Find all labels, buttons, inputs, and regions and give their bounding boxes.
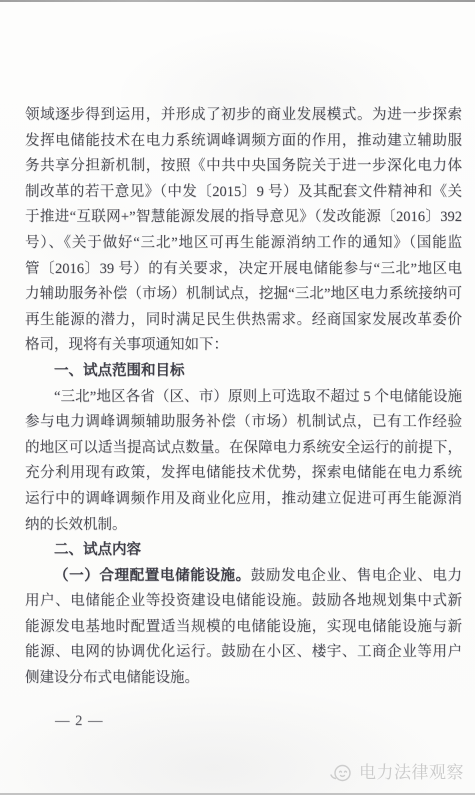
doc-line: 发挥电储能技术在电力系统调峰调频方面的作用，推动建立辅助服 — [25, 129, 462, 155]
doc-line: 格司，现将有关事项通知如下： — [25, 333, 462, 359]
watermark: 电力法律观察 — [329, 762, 464, 784]
doc-line: 参与电力调峰调频辅助服务补偿（市场）机制试点，已有工作经验 — [25, 410, 462, 436]
doc-line: 纳的长效机制。 — [25, 513, 462, 539]
doc-line: 领域逐步得到运用，并形成了初步的商业发展模式。为进一步探索 — [25, 103, 462, 129]
doc-line: “三北”地区各省（区、市）原则上可选取不超过 5 个电储能设施 — [25, 385, 462, 411]
doc-line: 能源发电基地时配置适当规模的电储能设施，实现电储能设施与新 — [25, 615, 462, 641]
doc-line: 运行中的调峰调频作用及商业化应用，推动建立促进可再生能源消 — [25, 487, 462, 513]
doc-line: 务共享分担新机制，按照《中共中央国务院关于进一步深化电力体 — [25, 154, 462, 180]
doc-line: 侧建设分布式电储能设施。 — [25, 666, 462, 692]
doc-line: 力辅助服务补偿（市场）机制试点，挖掘“三北”地区电力系统接纳可 — [25, 282, 462, 308]
doc-line: 的地区可以适当提高试点数量。在保障电力系统安全运行的前提下， — [25, 436, 462, 462]
page-number: — 2 — — [55, 712, 104, 730]
doc-line: 号）、《关于做好“三北”地区可再生能源消纳工作的通知》（国能监 — [25, 231, 462, 257]
watermark-label: 电力法律观察 — [359, 762, 464, 784]
clause-lead-bold: （一）合理配置电储能设施。 — [54, 568, 251, 584]
doc-line: 用户、电储能企业等投资建设电储能设施。鼓励各地规划集中式新 — [25, 589, 462, 615]
document-body: 领域逐步得到运用，并形成了初步的商业发展模式。为进一步探索 发挥电储能技术在电力… — [25, 103, 462, 692]
doc-line: 充分利用现有政策，发挥电储能技术优势，探索电储能在电力系统 — [25, 461, 462, 487]
scan-bottom-margin — [0, 795, 475, 800]
watermark-smiley-icon — [329, 763, 353, 783]
scan-top-edge — [0, 0, 475, 2]
doc-line: 于推进“互联网+”智慧能源发展的指导意见》（发改能源〔2016〕392 — [25, 205, 462, 231]
doc-line: 制改革的若干意见》（中发〔2015〕9 号）及其配套文件精神和《关 — [25, 180, 462, 206]
section-heading-2: 二、试点内容 — [25, 538, 462, 564]
scanned-document-page: 领域逐步得到运用，并形成了初步的商业发展模式。为进一步探索 发挥电储能技术在电力… — [0, 0, 475, 800]
section-heading-1: 一、试点范围和目标 — [25, 359, 462, 385]
clause-rest: 鼓励发电企业、售电企业、电力 — [251, 568, 462, 584]
doc-line: （一）合理配置电储能设施。鼓励发电企业、售电企业、电力 — [25, 564, 462, 590]
doc-line: 能源、电网的协调优化运行。鼓励在小区、楼宇、工商企业等用户 — [25, 640, 462, 666]
doc-line: 管〔2016〕39 号）的有关要求，决定开展电储能参与“三北”地区电 — [25, 257, 462, 283]
doc-line: 再生能源的潜力，同时满足民生供热需求。经商国家发展改革委价 — [25, 308, 462, 334]
